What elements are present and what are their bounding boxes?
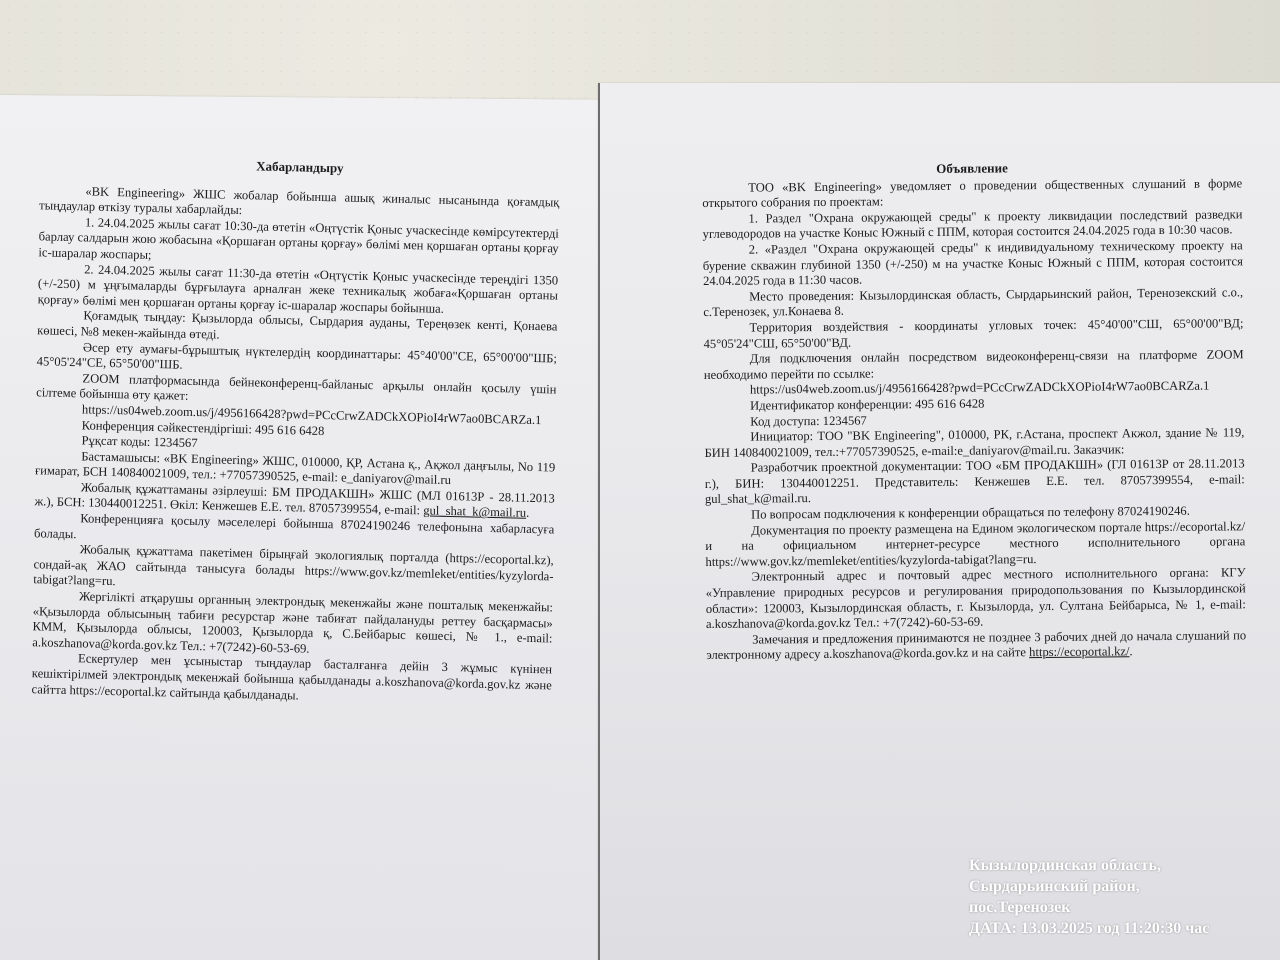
- notice-page-kazakh: Хабарландыру «BK Engineering» ЖШС жобала…: [0, 95, 598, 960]
- developer-end: .: [526, 506, 529, 520]
- remarks-paragraph: Замечания и предложения принимаются не п…: [706, 628, 1246, 664]
- stamp-settlement: пос.Теренозек: [969, 897, 1209, 918]
- remarks-end: .: [1129, 645, 1132, 659]
- venue-paragraph: Место проведения: Кызылординская область…: [703, 285, 1243, 321]
- remarks-text: Замечания и предложения принимаются не п…: [706, 628, 1246, 662]
- notice-content-kazakh: Хабарландыру «BK Engineering» ЖШС жобала…: [31, 153, 559, 709]
- initiator-paragraph: Инициатор: ТОО "BK Engineering", 010000,…: [704, 425, 1244, 461]
- developer-email: gul_shat_k@mail.ru: [423, 504, 526, 520]
- notice-title: Хабарландыру: [40, 153, 560, 181]
- stamp-district: Сырдарьинский район,: [969, 876, 1209, 897]
- notice-page-russian: Объявление ТОО «BK Engineering» уведомля…: [598, 83, 1280, 960]
- ecoportal-link: https://ecoportal.kz/: [1029, 645, 1129, 660]
- stamp-region: Кызылординская область,: [969, 855, 1209, 876]
- coordinates-paragraph: Территория воздействия - координаты угло…: [703, 316, 1243, 352]
- photo-location-stamp: Кызылординская область, Сырдарьинский ра…: [969, 855, 1209, 939]
- developer-paragraph: Разработчик проектной документации: ТОО …: [705, 457, 1245, 508]
- notice-content-russian: Объявление ТОО «BK Engineering» уведомля…: [702, 158, 1246, 664]
- authority-paragraph: Электронный адрес и почтовый адрес местн…: [706, 566, 1247, 633]
- docs-note: Документация по проекту размещена на Еди…: [705, 519, 1245, 570]
- stamp-datetime: ДАТА: 13.03.2025 год 11:20:30 час: [969, 918, 1209, 939]
- project-item-1: 1. Раздел "Охрана окружающей среды" к пр…: [702, 207, 1242, 243]
- notice-title: Объявление: [702, 158, 1242, 178]
- project-item-2: 2. «Раздел "Охрана окружающей среды" к и…: [703, 238, 1243, 289]
- zoom-instructions: Для подключения онлайн посредством видео…: [704, 347, 1244, 383]
- intro-paragraph: ТОО «BK Engineering» уведомляет о провед…: [702, 176, 1242, 212]
